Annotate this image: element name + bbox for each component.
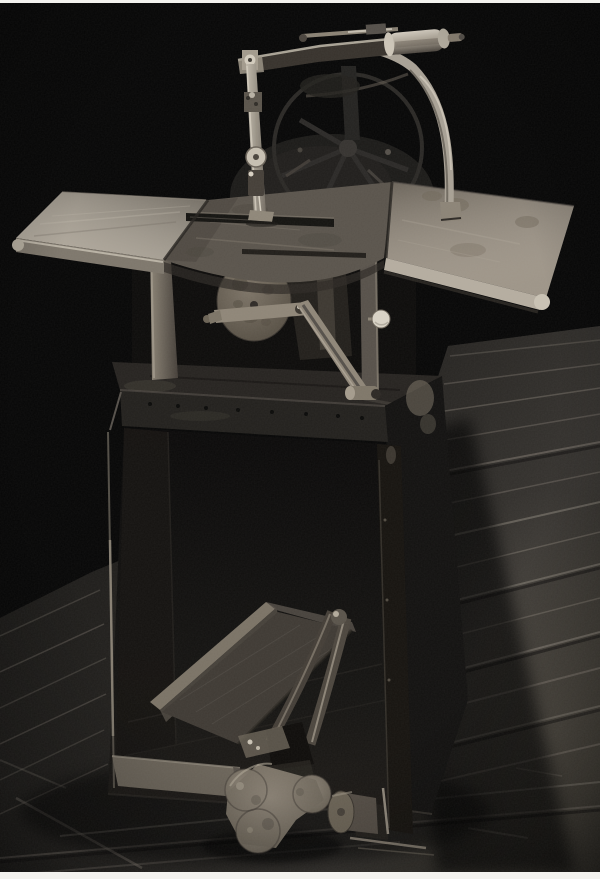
border-top [0, 0, 600, 3]
film-grain [0, 3, 600, 872]
border-bottom [0, 872, 600, 879]
photograph: Dark studio background Wooden plank floo… [0, 0, 600, 879]
